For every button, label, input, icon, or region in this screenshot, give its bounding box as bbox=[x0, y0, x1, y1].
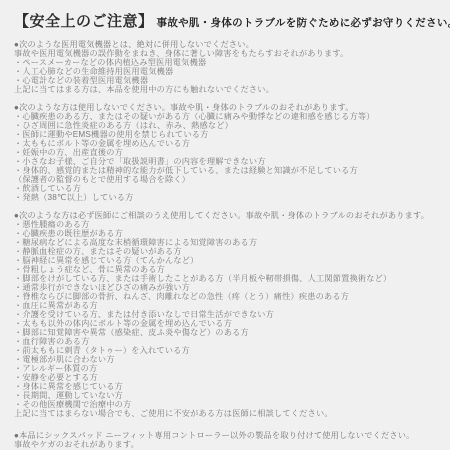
section-lead: ●次のような方は使用しないでください。事故や肌・身体のトラブルのおそれがあります… bbox=[14, 103, 442, 112]
notice-line: ・アレルギー体質の方 bbox=[14, 364, 442, 373]
notice-line: ・心臓疾患の既往歴がある方 bbox=[14, 229, 442, 238]
section-medical-devices: ●次のような医用電気機器とは、絶対に併用しないでください。 事故や医用電気機器の… bbox=[14, 40, 442, 94]
notice-line: ・糖尿病などによる高度な末梢循環障害による知覚障害のある方 bbox=[14, 238, 442, 247]
notice-line: ・心電計などの装着型医用電気機器 bbox=[14, 76, 442, 85]
notice-line: ・脚部に知覚障害や異常（感染症、皮ふ炎や傷など）のある方 bbox=[14, 328, 442, 337]
notice-line: ・飲酒している方 bbox=[14, 184, 442, 193]
notice-line: ・介護を受けている方、または付き添いなしで日常生活ができない方 bbox=[14, 310, 442, 319]
notice-line: ・太もも以外の体内にボルト等の金属を埋め込んでいる方 bbox=[14, 319, 442, 328]
notice-line: ・電極部が肌に合わない方 bbox=[14, 355, 442, 364]
notice-line: ・発熱（38℃以上）している方 bbox=[14, 193, 442, 202]
notice-line: ・悪性腫瘍のある方 bbox=[14, 220, 442, 229]
notice-line: ・前太ももに刺青（タトゥー）を入れている方 bbox=[14, 346, 442, 355]
notice-line: ・身体的、感覚的または精神的な能力が低下している、または経験と知識が不足している… bbox=[14, 166, 442, 175]
section-lead: ●次のような方は必ず医師にご相談のうえ使用してください。事故や肌・身体のトラブル… bbox=[14, 211, 442, 220]
notice-line: ・脚部をけがしている方、または手術したことがある方（半月板や靭帯損傷、人工関節置… bbox=[14, 274, 442, 283]
notice-line: 事故や医用電気機器の誤作動をまねき、身体に著しい障害をもたらすおそれがあります。 bbox=[14, 49, 442, 58]
section-do-not-use: ●次のような方は使用しないでください。事故や肌・身体のトラブルのおそれがあります… bbox=[14, 103, 442, 202]
notice-line: ・血行障害のある方 bbox=[14, 337, 442, 346]
notice-line: ・医師に運動やEMS機器の使用を禁じられている方 bbox=[14, 130, 442, 139]
section-consult-doctor: ●次のような方は必ず医師にご相談のうえ使用してください。事故や肌・身体のトラブル… bbox=[14, 211, 442, 418]
notice-subtitle: 事故や肌・身体のトラブルを防ぐために必ずお守りください。 bbox=[157, 15, 450, 30]
notice-line: ・通常歩行ができないほどひざの痛みが強い方 bbox=[14, 283, 442, 292]
notice-line: 上記に当てはまる方は、本品を使用中の方にも触れないでください。 bbox=[14, 85, 442, 94]
notice-line: 事故やケガのおそれがあります。 bbox=[14, 440, 442, 449]
notice-line: ・ひざ周囲に急性炎症のある方（はれ、赤み、熱感など） bbox=[14, 121, 442, 130]
notice-line: ・その他医療機関で治療中の方 bbox=[14, 400, 442, 409]
notice-line: ・太ももにボルト等の金属を埋め込んでいる方 bbox=[14, 139, 442, 148]
section-controller-only: ●本品にシックスパッド ニーフィット専用コントローラー以外の製品を取り付けて使用… bbox=[14, 431, 442, 449]
notice-line: ・静脈血栓症の方、またはその疑いがある方 bbox=[14, 247, 442, 256]
notice-title: 【安全上のご注意】 bbox=[14, 10, 154, 31]
notice-line: ・心臓疾患のある方、またはその疑いがある方（心臓に痛みや動悸などの違和感を感じる… bbox=[14, 112, 442, 121]
notice-line: ・人工心肺などの生命維持用医用電気機器 bbox=[14, 67, 442, 76]
notice-line: ・ペースメーカーなどの体内植込み型医用電気機器 bbox=[14, 58, 442, 67]
notice-line: 上記に当てはまらない場合でも、ご使用に不安がある方は医師に相談してください。 bbox=[14, 409, 442, 418]
notice-header: 【安全上のご注意】 事故や肌・身体のトラブルを防ぐために必ずお守りください。 bbox=[14, 10, 442, 31]
notice-line: ・安静を必要とする方 bbox=[14, 373, 442, 382]
section-lead: ●次のような医用電気機器とは、絶対に併用しないでください。 bbox=[14, 40, 442, 49]
notice-line: （保護者の監督のもとで使用する場合を除く） bbox=[14, 175, 442, 184]
notice-line: ・身体に異常を感じている方 bbox=[14, 382, 442, 391]
notice-line: ・長期間、運動していない方 bbox=[14, 391, 442, 400]
safety-notice-page: 【安全上のご注意】 事故や肌・身体のトラブルを防ぐために必ずお守りください。 ●… bbox=[0, 0, 450, 450]
notice-line: ・脳神経に異常を感じている方（てんかんなど） bbox=[14, 256, 442, 265]
notice-line: ・小さなお子様、ご自分で「取扱説明書」の内容を理解できない方 bbox=[14, 157, 442, 166]
notice-line: ・血圧に異常がある方 bbox=[14, 301, 442, 310]
notice-line: ・脊椎ならびに脚部の骨折、ねんざ、肉離れなどの急性（疼（とう）痛性）疾患のある方 bbox=[14, 292, 442, 301]
notice-line: ・妊娠中の方、出産直後の方 bbox=[14, 148, 442, 157]
section-lead: ●本品にシックスパッド ニーフィット専用コントローラー以外の製品を取り付けて使用… bbox=[14, 431, 442, 440]
notice-line: ・骨粗しょう症など、骨に異常のある方 bbox=[14, 265, 442, 274]
